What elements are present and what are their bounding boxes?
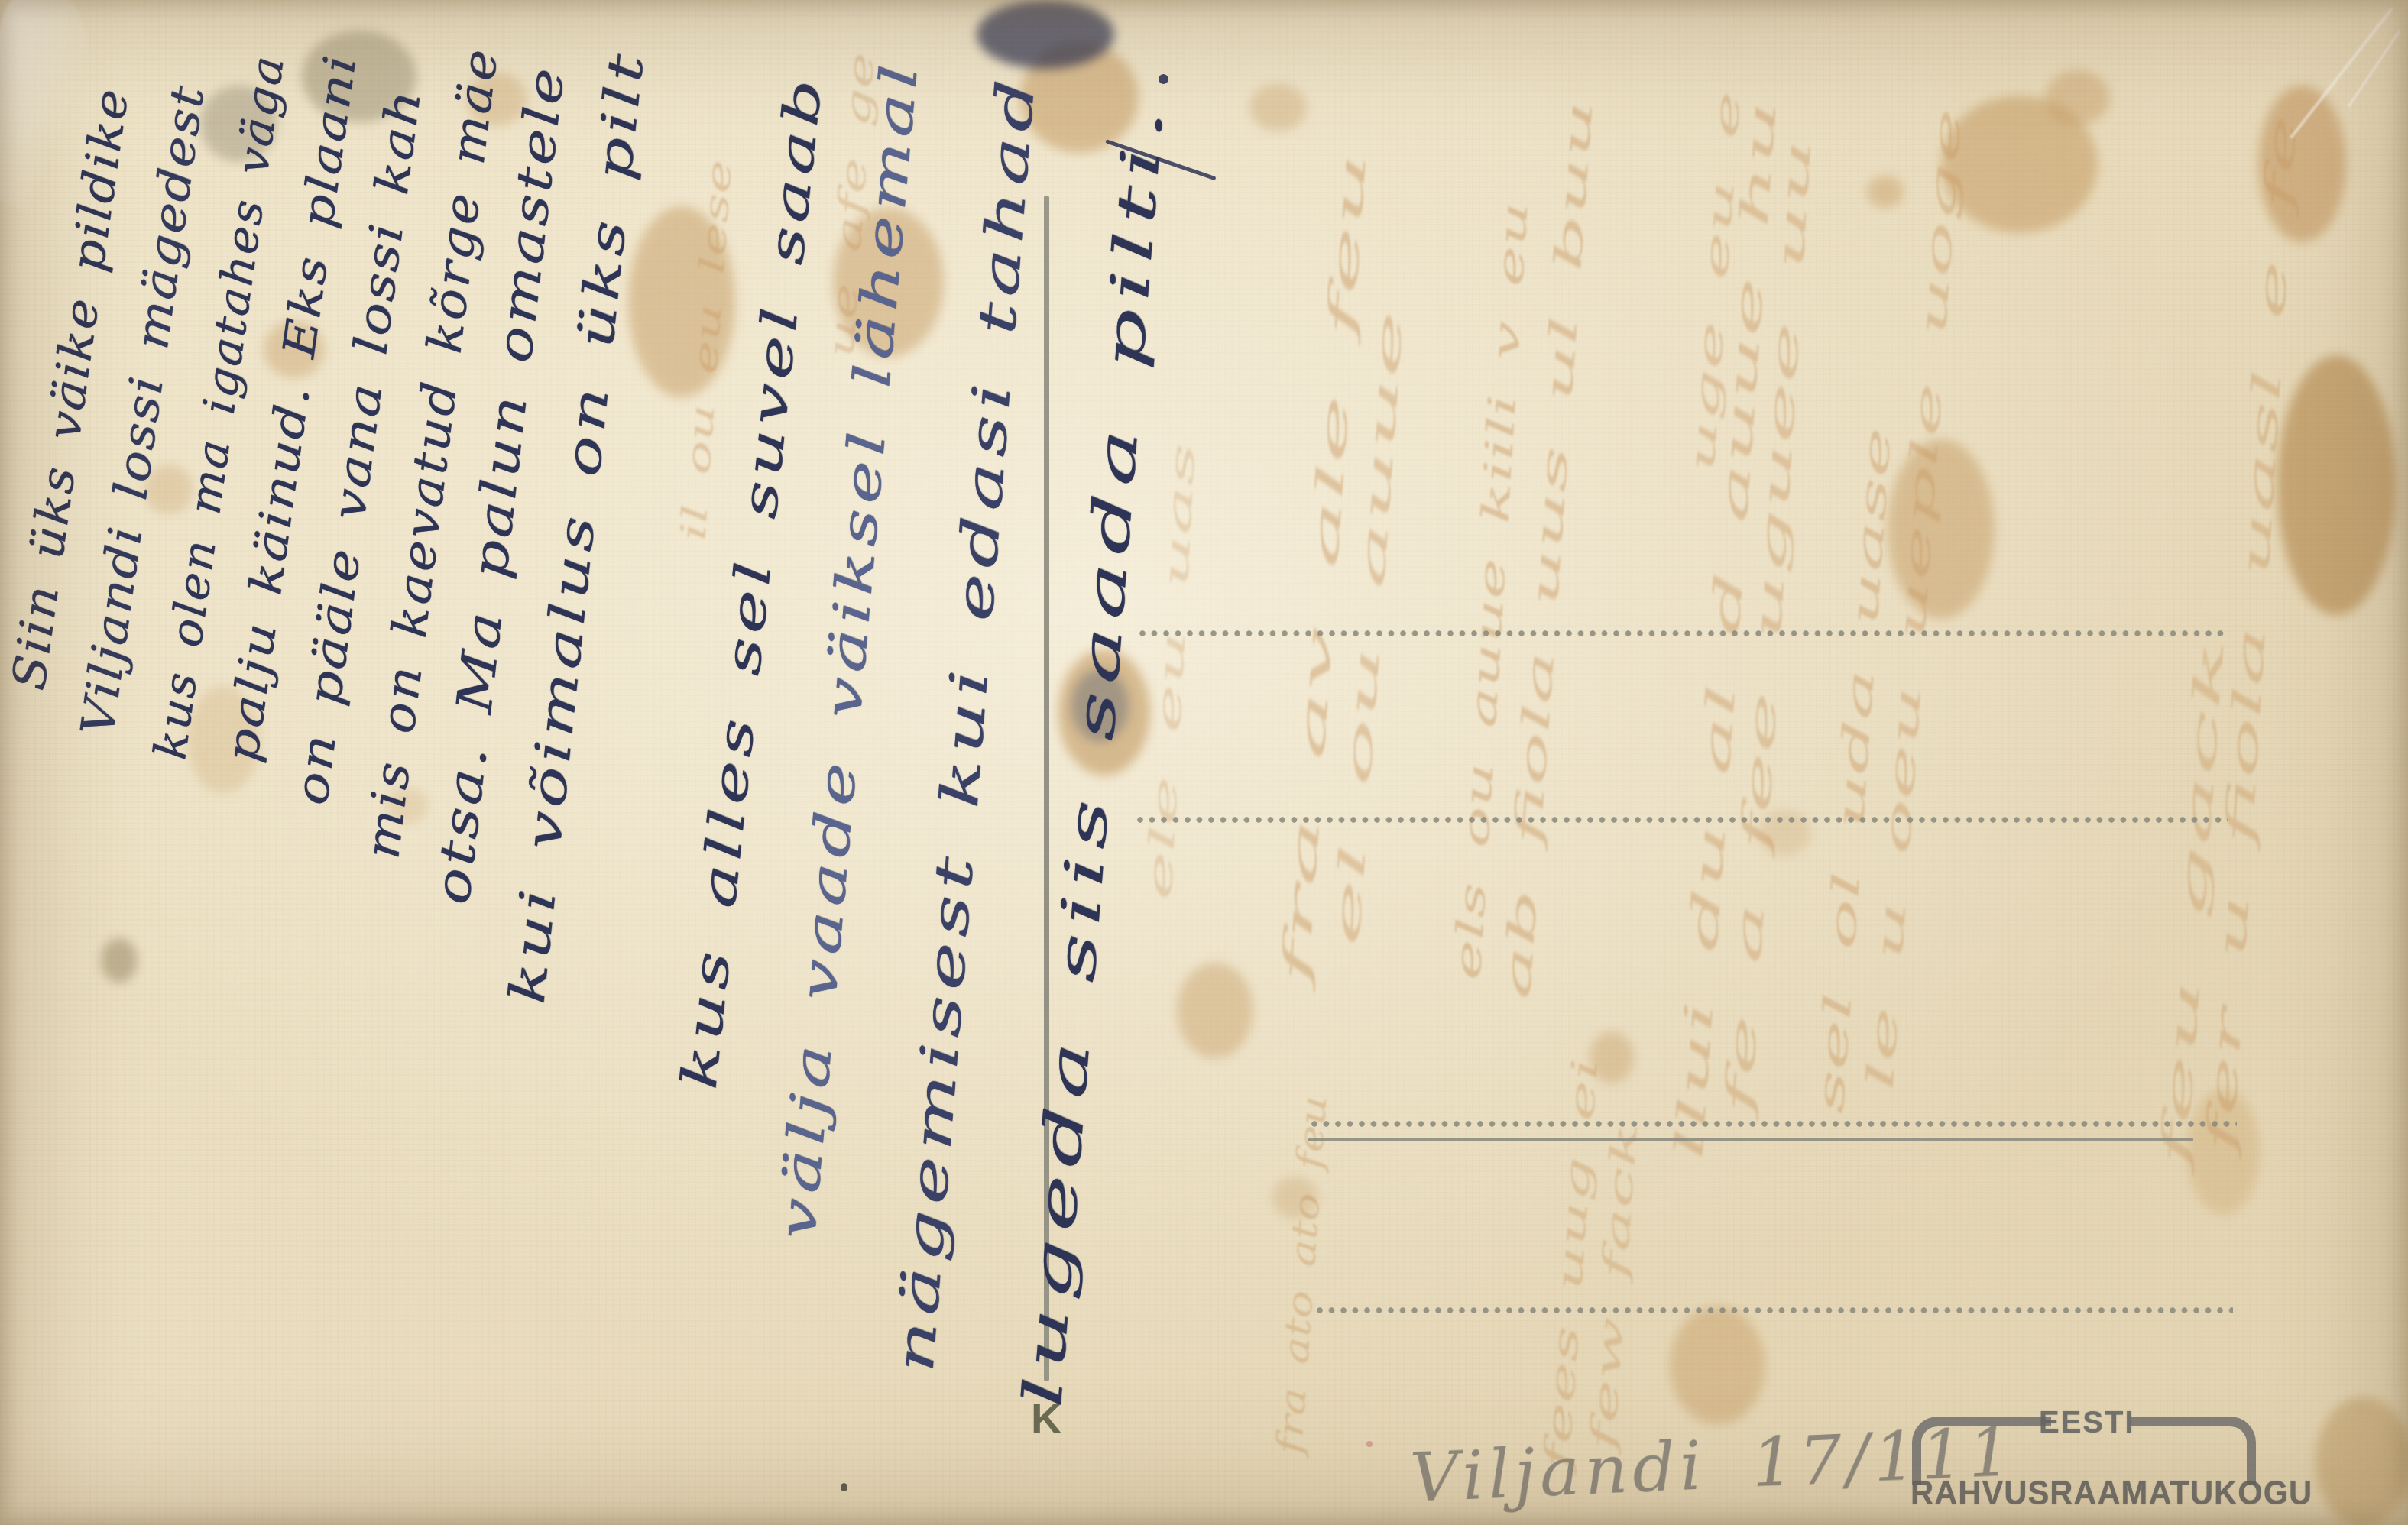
stamp-text-eesti: EESTI	[2039, 1406, 2134, 1440]
postcard-back-scan: il ou eu leseue afe geele eu uasfra av a…	[0, 0, 2408, 1525]
corner-crease-line	[2290, 8, 2393, 139]
red-speck	[1366, 1441, 1373, 1447]
ink-speck	[841, 1483, 847, 1491]
address-dotted-line-2	[1136, 816, 2228, 824]
ink-dot	[1159, 74, 1168, 84]
paper-stain	[1867, 176, 1904, 208]
stamp-text-rahvusraamatukogu: RAHVUSRAAMATUKOGU	[1911, 1475, 2312, 1513]
paper-stain	[2316, 1397, 2408, 1525]
paper-stain	[1249, 84, 1307, 131]
paper-stain	[1670, 1306, 1765, 1425]
address-dotted-line-3	[1311, 1120, 2237, 1128]
bleedthrough-handwriting-mark: fra ato ato feu	[1269, 1094, 1336, 1455]
address-solid-line	[1308, 1138, 2193, 1141]
address-dotted-line-1	[1139, 630, 2227, 637]
bleedthrough-handwriting-mark: ele eu uas	[1140, 442, 1204, 902]
corner-crease-line	[2348, 30, 2401, 107]
paper-stain	[2045, 70, 2110, 125]
address-dotted-line-4	[1316, 1306, 2233, 1314]
paper-stain	[1177, 963, 1253, 1058]
paper-stain	[977, 0, 1114, 69]
library-stamp: EESTI RAHVUSRAAMATUKOGU	[1911, 1404, 2256, 1523]
paper-stain	[101, 938, 138, 983]
paper-stain	[2277, 355, 2396, 615]
